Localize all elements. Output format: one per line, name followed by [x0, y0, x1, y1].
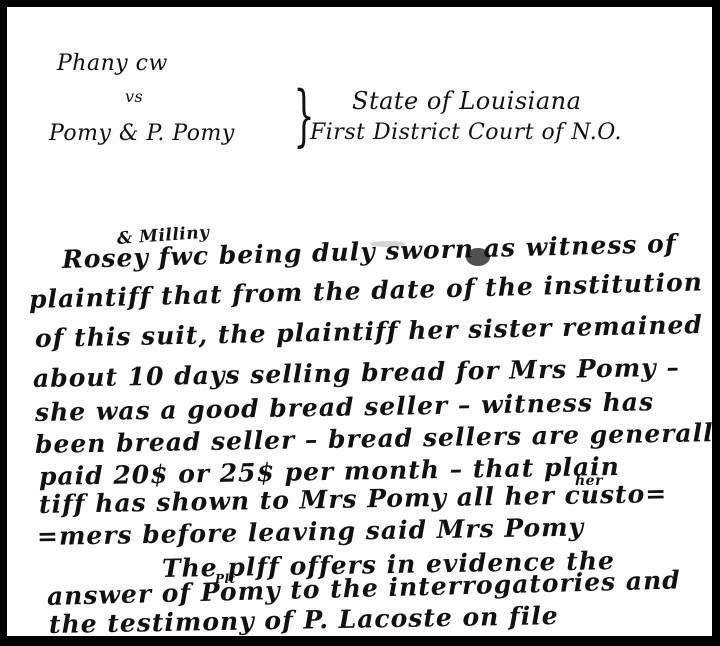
caption-court: First District Court of N.O. — [310, 120, 622, 145]
caption-plaintiff: Phany cw — [57, 51, 168, 76]
caption-state: State of Louisiana — [352, 87, 581, 115]
caption-defendant: Pomy & P. Pomy — [49, 121, 235, 146]
document-page: Phany cw vs Pomy & P. Pomy } State of Lo… — [7, 7, 712, 636]
body-line-4: about 10 days selling bread for Mrs Pomy… — [33, 353, 680, 393]
body-line-2: plaintiff that from the date of the inst… — [29, 267, 704, 314]
body-line-9: =mers before leaving said Mrs Pomy — [37, 512, 585, 551]
caption-brace: } — [294, 83, 301, 153]
body-line-3: of this suit, the plaintiff her sister r… — [35, 310, 703, 353]
caption-versus: vs — [125, 87, 143, 106]
